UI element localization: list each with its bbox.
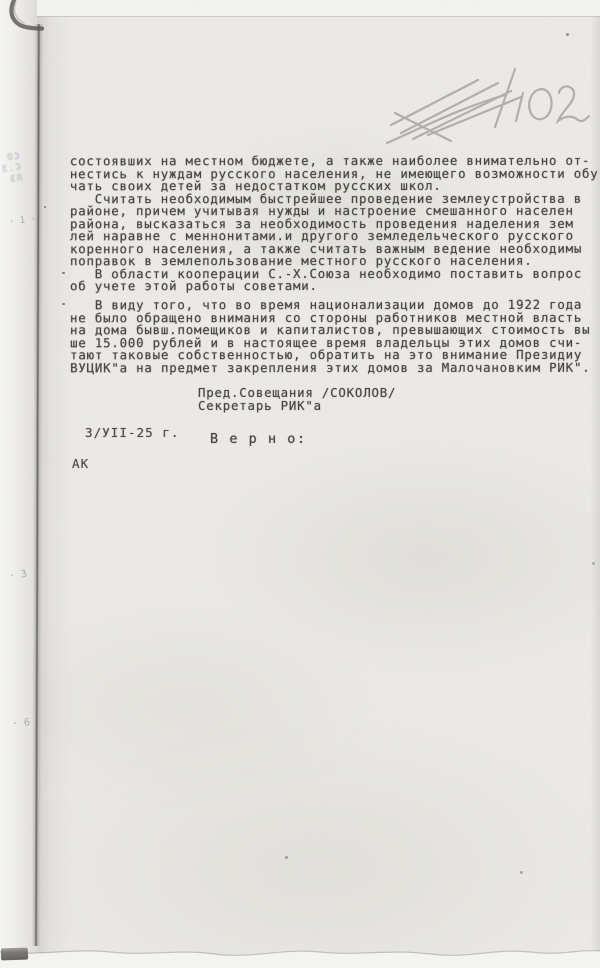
torn-bottom-edge [0, 940, 600, 968]
margin-mark-6: · 6 [12, 717, 31, 730]
ink-speck [44, 206, 46, 208]
pencil-scrawl-annotation: 102 [383, 55, 598, 145]
signature-secretary: Секретарь РИК"а [198, 399, 396, 412]
page-curl-corner-icon [0, 0, 60, 40]
paragraph-3: В области кооперации С.-Х.Союза необходи… [70, 268, 600, 294]
document-scan: 102 состоявших на местном бюджете, а так… [0, 0, 600, 968]
paragraph-2: Считать необходимым быстрейшее проведени… [70, 192, 600, 268]
list-dot-mark [62, 303, 65, 305]
list-dot-mark [62, 272, 65, 274]
signature-block: Пред.Совещания /СОКОЛОВ/ Секретарь РИК"а [198, 386, 396, 412]
certified-label: В е р н о: [210, 432, 307, 447]
date-line: 3/УII-25 г. [85, 425, 179, 440]
typed-text-block: состоявших на местном бюджете, а также н… [70, 155, 600, 375]
paragraph-4: В виду того, что во время национализации… [70, 299, 600, 375]
paragraph-1: состоявших на местном бюджете, а также н… [70, 155, 600, 193]
typist-initials: АК [72, 456, 89, 471]
bottom-clip-mark [1, 948, 28, 961]
paper-speckles [566, 33, 569, 36]
